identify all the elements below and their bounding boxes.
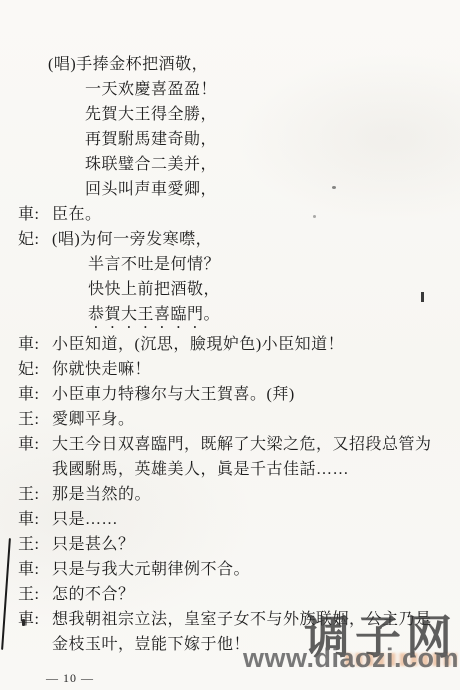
dialogue-text: 臣在。 <box>52 202 444 227</box>
verse-line: 先賀大王得全勝， <box>18 102 444 127</box>
scanned-script-page: (唱)手捧金杯把酒敬， 一天欢慶喜盈盈！ 先賀大王得全勝， 再賀駙馬建奇勛， 珠… <box>0 0 460 690</box>
verse-line-emphasized: 恭賀大王喜臨門。 <box>18 302 444 332</box>
dialogue-text: 那是当然的。 <box>52 482 444 507</box>
dialogue-text: 只是甚么？ <box>52 532 444 557</box>
speaker-label: 車: <box>18 202 52 227</box>
dialogue-line: 車: 只是与我大元朝律例不合。 <box>18 557 444 582</box>
verse-text: (唱)手捧金杯把酒敬， <box>48 56 208 73</box>
speaker-label: 車: <box>18 607 52 657</box>
scan-artifact-dot <box>332 186 336 189</box>
dialogue-text: 只是…… <box>52 507 444 532</box>
dialogue-line: 車: 臣在。 <box>18 202 444 227</box>
dialogue-text: 你就快走嘛！ <box>52 357 444 382</box>
speaker-label: 王: <box>18 407 52 432</box>
verse-text: 珠联璧合二美并， <box>85 156 217 173</box>
dialogue-line: 車: 小臣知道，(沉思，臉現妒色)小臣知道！ <box>18 332 444 357</box>
dialogue-line: 王: 只是甚么？ <box>18 532 444 557</box>
scan-artifact-speck <box>421 292 424 302</box>
verse-text: 快快上前把酒敬， <box>88 281 220 298</box>
verse-line: (唱)手捧金杯把酒敬， <box>18 52 444 77</box>
dialogue-text: 小臣車力特穆尔与大王賀喜。(拜) <box>52 382 444 407</box>
emphasized-verse-text: 恭賀大王喜臨門 <box>88 306 204 323</box>
verse-line: 一天欢慶喜盈盈！ <box>18 77 444 102</box>
verse-punctuation: 。 <box>204 306 221 323</box>
speaker-label: 車: <box>18 432 52 482</box>
dialogue-text: (唱)为何一旁发寒噤， <box>52 227 444 252</box>
speaker-label: 王: <box>18 532 52 557</box>
script-text-block: (唱)手捧金杯把酒敬， 一天欢慶喜盈盈！ 先賀大王得全勝， 再賀駙馬建奇勛， 珠… <box>0 0 460 686</box>
speaker-label: 妃: <box>18 357 52 382</box>
verse-text: 再賀駙馬建奇勛， <box>85 131 217 148</box>
dialogue-line: 車: 小臣車力特穆尔与大王賀喜。(拜) <box>18 382 444 407</box>
speaker-label: 車: <box>18 507 52 532</box>
verse-text: 先賀大王得全勝， <box>85 106 217 123</box>
watermark-site-url: www.diaozi.com <box>243 643 459 674</box>
scan-artifact-dot <box>313 215 316 218</box>
verse-line: 半言不吐是何情？ <box>18 252 444 277</box>
speaker-label: 王: <box>18 582 52 607</box>
dialogue-line: 車: 大王今日双喜臨門，既解了大梁之危，又招段总管为我國駙馬，英雄美人，眞是千古… <box>18 432 444 482</box>
verse-line: 再賀駙馬建奇勛， <box>18 127 444 152</box>
dialogue-line: 王: 那是当然的。 <box>18 482 444 507</box>
dialogue-line: 妃: 你就快走嘛！ <box>18 357 444 382</box>
verse-text: 半言不吐是何情？ <box>88 256 220 273</box>
dialogue-line: 王: 愛卿平身。 <box>18 407 444 432</box>
dialogue-text: 小臣知道，(沉思，臉現妒色)小臣知道！ <box>52 332 444 357</box>
speaker-label: 車: <box>18 332 52 357</box>
speaker-label: 車: <box>18 382 52 407</box>
verse-line: 快快上前把酒敬， <box>18 277 444 302</box>
dialogue-line: 妃: (唱)为何一旁发寒噤， <box>18 227 444 252</box>
scan-artifact-tick <box>22 619 25 626</box>
dialogue-text: 大王今日双喜臨門，既解了大梁之危，又招段总管为我國駙馬，英雄美人，眞是千古佳話…… <box>52 432 444 482</box>
speaker-label: 王: <box>18 482 52 507</box>
speaker-label: 車: <box>18 557 52 582</box>
speaker-label: 妃: <box>18 227 52 252</box>
verse-text: 回头叫声車愛卿， <box>85 181 217 198</box>
dialogue-text: 愛卿平身。 <box>52 407 444 432</box>
dialogue-line: 車: 只是…… <box>18 507 444 532</box>
verse-text: 一天欢慶喜盈盈！ <box>85 81 217 98</box>
verse-line: 珠联璧合二美并， <box>18 152 444 177</box>
dialogue-text: 只是与我大元朝律例不合。 <box>52 557 444 582</box>
verse-line: 回头叫声車愛卿， <box>18 177 444 202</box>
